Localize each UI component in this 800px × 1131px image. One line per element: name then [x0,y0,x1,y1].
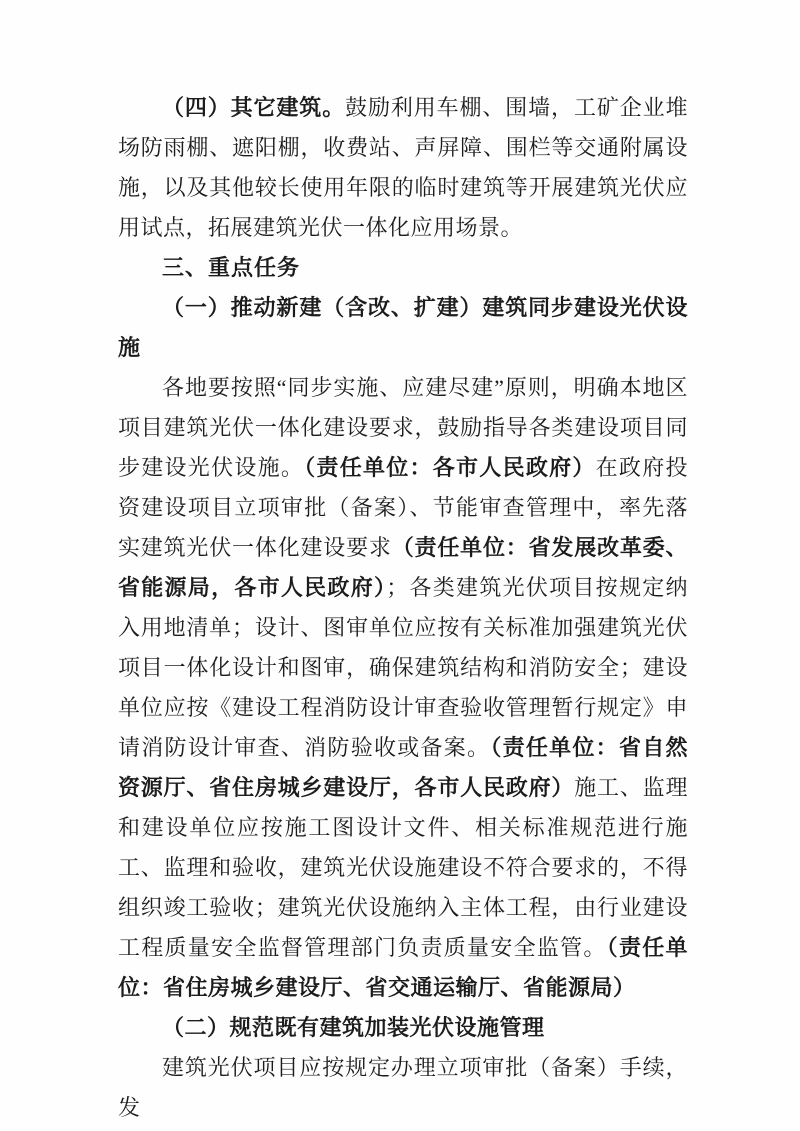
paragraph-run-4: ；各类建筑光伏项目按规定纳入用地清单；设计、图审单位应按有关标准加强建筑光伏项目… [118,575,688,760]
paragraph-new-buildings: 各地要按照“同步实施、应建尽建”原则，明确本地区项目建筑光伏一体化建设要求，鼓励… [118,368,688,1008]
paragraph-run-6: 施工、监理和建设单位应按施工图设计文件、相关标准规范进行施工、监理和验收，建筑光… [118,775,688,960]
paragraph-other-buildings: （四）其它建筑。鼓励利用车棚、围墙，工矿企业堆场防雨棚、遮阳棚，收费站、声屏障、… [118,88,688,248]
document-page: （四）其它建筑。鼓励利用车棚、围墙，工矿企业堆场防雨棚、遮阳棚，收费站、声屏障、… [0,0,800,1131]
paragraph-existing-buildings: 建筑光伏项目应按规定办理立项审批（备案）手续，发 [118,1048,688,1128]
section-heading-key-tasks: 三、重点任务 [118,248,688,288]
responsibility-unit-1: （责任单位：各市人民政府） [304,455,596,480]
subsection-heading-new-buildings: （一）推动新建（含改、扩建）建筑同步建设光伏设施 [118,288,688,368]
subsection-heading-existing-buildings: （二）规范既有建筑加装光伏设施管理 [118,1008,688,1048]
paragraph-lead-other-buildings: （四）其它建筑。 [162,95,345,120]
document-body: （四）其它建筑。鼓励利用车棚、围墙，工矿企业堆场防雨棚、遮阳棚，收费站、声屏障、… [118,88,688,1128]
